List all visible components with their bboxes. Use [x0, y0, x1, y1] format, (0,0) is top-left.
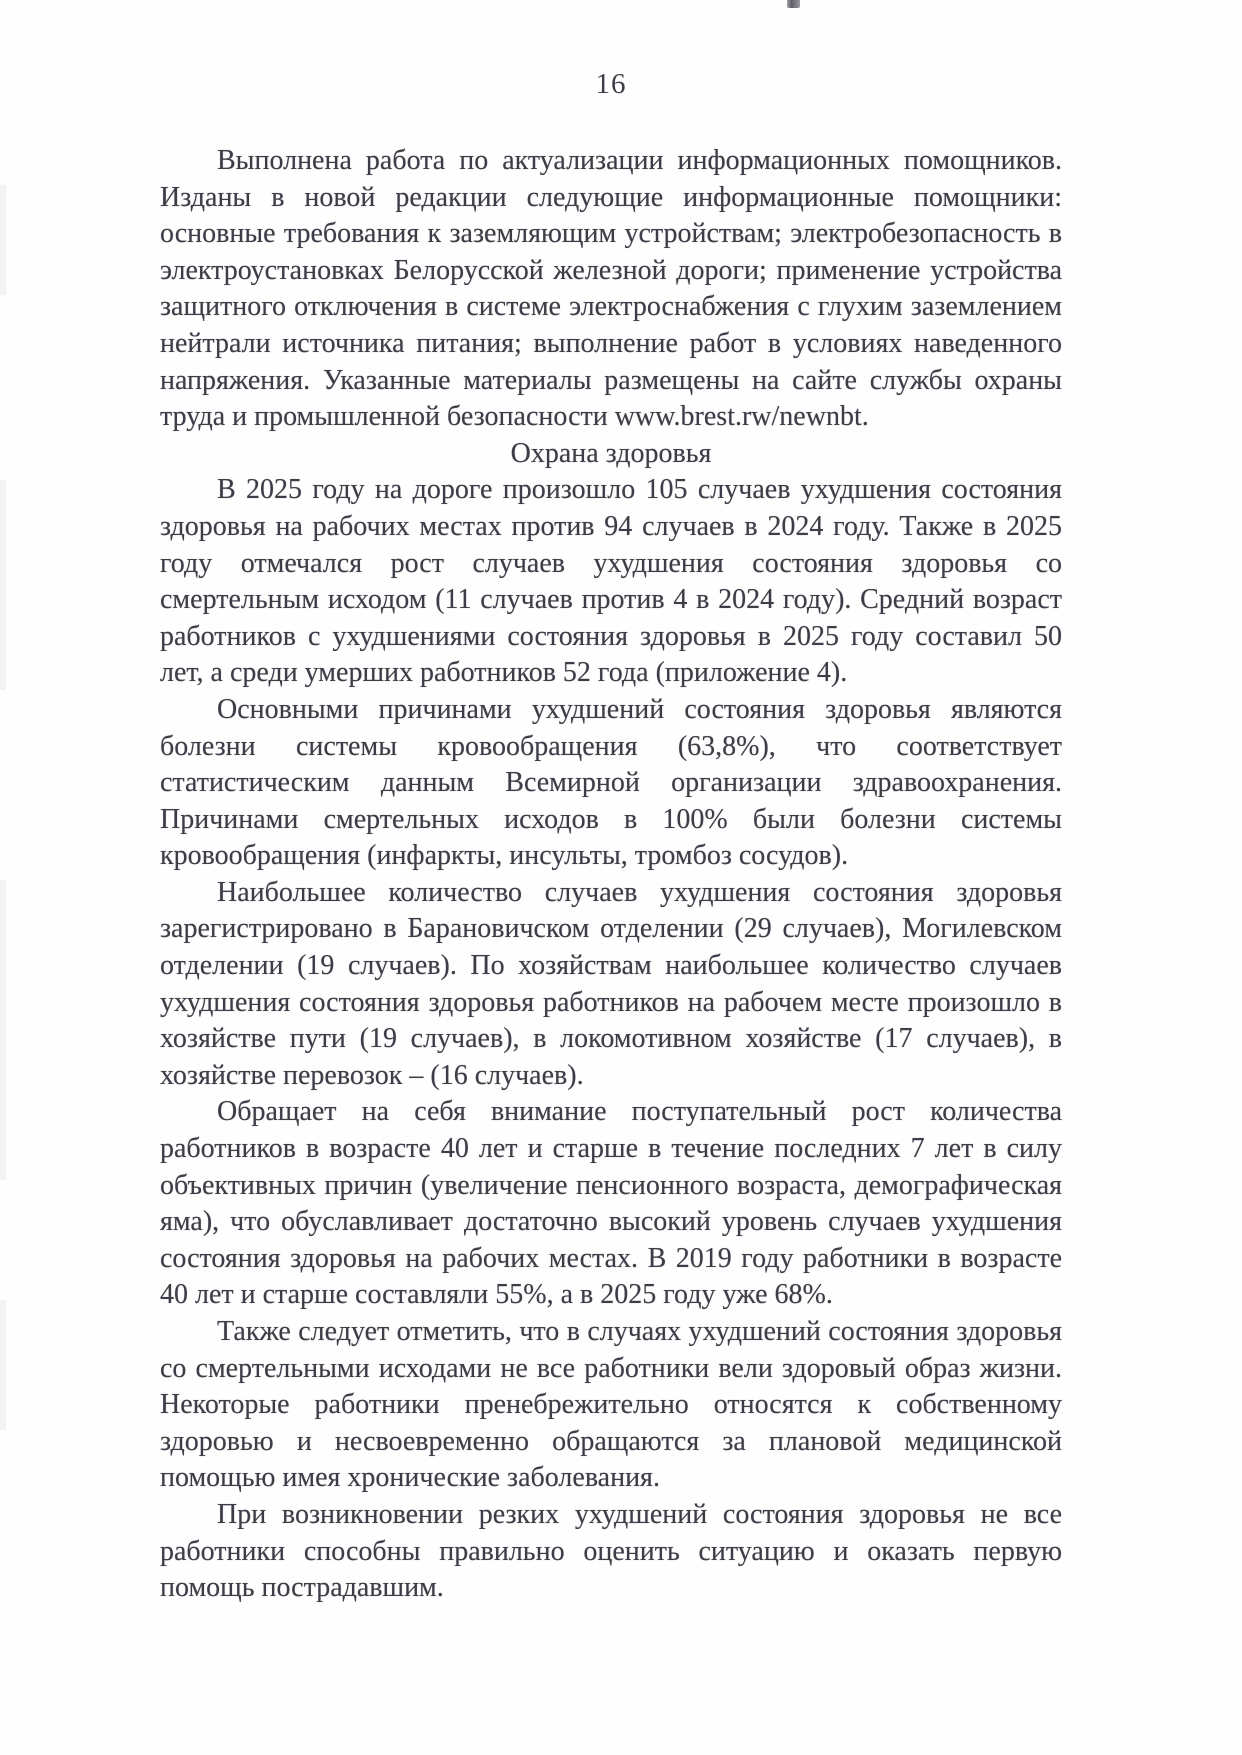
- scan-artifact-mark: [787, 0, 800, 8]
- paragraph: В 2025 году на дороге произошло 105 случ…: [160, 472, 1062, 692]
- scan-edge-artifact: [0, 185, 6, 295]
- page-number: 16: [160, 66, 1062, 103]
- paragraph: Обращает на себя внимание поступательный…: [160, 1094, 1062, 1314]
- scan-edge-artifact: [0, 1300, 6, 1430]
- paragraph: Наибольшее количество случаев ухудшения …: [160, 875, 1062, 1095]
- paragraph: При возникновении резких ухудшений состо…: [160, 1497, 1062, 1607]
- paragraph-intro: Выполнена работа по актуализации информа…: [160, 143, 1062, 436]
- paragraph: Основными причинами ухудшений состояния …: [160, 692, 1062, 875]
- paragraph: Также следует отметить, что в случаях ух…: [160, 1314, 1062, 1497]
- scan-edge-artifact: [0, 880, 6, 1180]
- section-heading: Охрана здоровья: [160, 436, 1062, 473]
- document-body: Выполнена работа по актуализации информа…: [160, 143, 1062, 1607]
- scanned-document-page: 16 Выполнена работа по актуализации инфо…: [0, 0, 1242, 1755]
- scan-edge-artifact: [0, 480, 6, 690]
